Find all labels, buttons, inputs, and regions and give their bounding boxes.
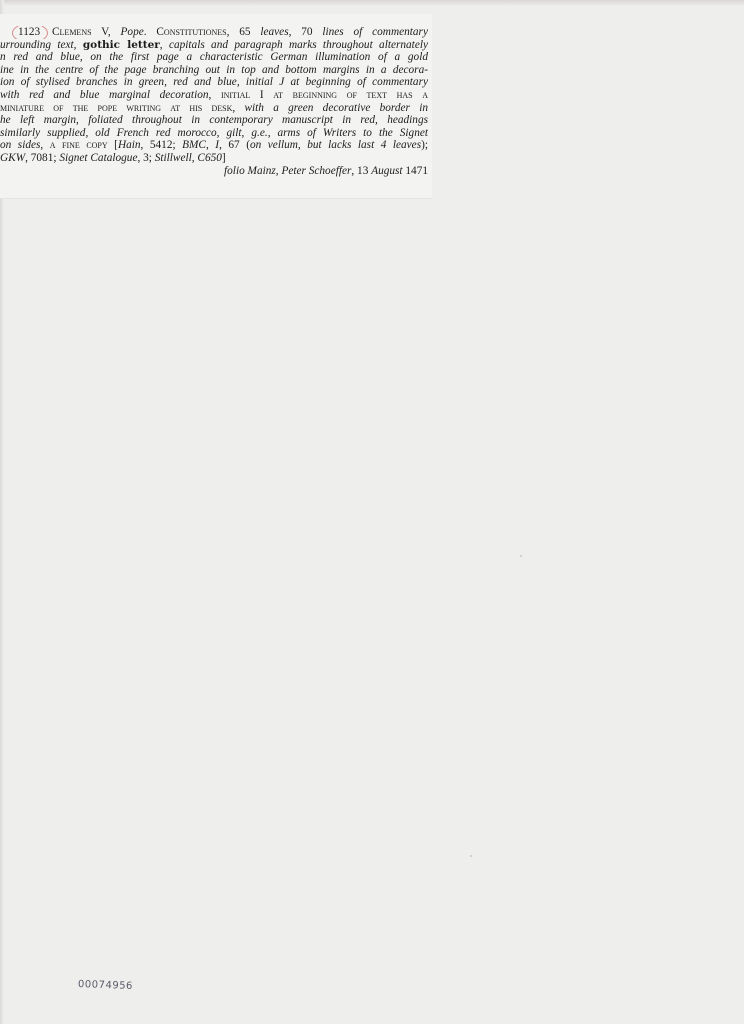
entry-text: ine in the centre of the page branching … bbox=[0, 64, 428, 76]
entry-text: leaves bbox=[260, 26, 288, 38]
entry-text: , 5412; bbox=[141, 139, 183, 151]
imprint-line: folio Mainz, Peter Schoeffer, 13 August … bbox=[0, 165, 428, 178]
entry-line: miniature of the pope writing at his des… bbox=[0, 102, 428, 115]
entry-text: gothic letter bbox=[83, 39, 160, 51]
entry-text: urrounding text, bbox=[0, 39, 83, 51]
entry-text: , bbox=[232, 102, 244, 114]
paper-speck bbox=[520, 555, 522, 557]
entry-text: . bbox=[144, 26, 157, 38]
entry-line: 1123 Clemens V, Pope. Constitutiones, 65… bbox=[0, 26, 428, 39]
entry-line: he left margin, foliated throughout in c… bbox=[0, 114, 428, 127]
lot-number: 1123 bbox=[16, 26, 42, 39]
entry-line: similarly supplied, old French red moroc… bbox=[0, 127, 428, 140]
entry-text: lines of commentary bbox=[322, 26, 428, 38]
catalogue-entry: 1123 Clemens V, Pope. Constitutiones, 65… bbox=[0, 26, 428, 177]
entry-text: miniature of the pope writing at his des… bbox=[0, 102, 232, 114]
entry-text: August bbox=[371, 165, 402, 177]
scan-top-edge bbox=[0, 0, 744, 6]
entry-text: he left margin, foliated throughout in c… bbox=[0, 114, 428, 126]
entry-line: ion of stylised branches in green, red a… bbox=[0, 76, 428, 89]
entry-text: Pope bbox=[121, 26, 144, 38]
entry-text: Stillwell, C650 bbox=[155, 152, 222, 164]
entry-line: ine in the centre of the page branching … bbox=[0, 64, 428, 77]
entry-text: on vellum, but lacks last 4 leaves bbox=[250, 139, 421, 151]
entry-text: , 70 bbox=[289, 26, 323, 38]
entry-line: GKW, 7081; Signet Catalogue, 3; Stillwel… bbox=[0, 152, 428, 165]
entry-text: initial I at beginning of text has a bbox=[221, 89, 428, 101]
entry-line: urrounding text, gothic letter, capitals… bbox=[0, 39, 428, 52]
entry-text: ] bbox=[222, 152, 226, 164]
paper-speck bbox=[470, 855, 472, 857]
entry-text: folio Mainz, Peter Schoeffer bbox=[224, 165, 351, 177]
inventory-number: 00074956 bbox=[78, 979, 133, 992]
entry-text: a fine copy bbox=[50, 139, 108, 151]
entry-text: , bbox=[209, 89, 221, 101]
entry-text: Signet Catalogue bbox=[59, 152, 137, 164]
entry-text: 1471 bbox=[403, 165, 428, 177]
entry-text: BMC, I bbox=[182, 139, 219, 151]
entry-text: , 67 ( bbox=[219, 139, 250, 151]
entry-text: Clemens V, bbox=[52, 26, 121, 38]
entry-text: , 3; bbox=[137, 152, 154, 164]
entry-line: with red and blue marginal decoration, i… bbox=[0, 89, 428, 102]
entry-line: n red and blue, on the first page a char… bbox=[0, 51, 428, 64]
entry-text: ); bbox=[421, 139, 428, 151]
entry-text: , 7081; bbox=[25, 152, 59, 164]
entry-text: ion of stylised branches in green, red a… bbox=[0, 76, 428, 88]
entry-line: on sides, a fine copy [Hain, 5412; BMC, … bbox=[0, 139, 428, 152]
entry-text: , 65 bbox=[227, 26, 261, 38]
entry-text: similarly supplied, old French red moroc… bbox=[0, 127, 428, 139]
entry-text: Constitutiones bbox=[156, 26, 226, 38]
entry-text: , 13 bbox=[351, 165, 371, 177]
entry-text: with red and blue marginal decoration bbox=[0, 89, 209, 101]
entry-text: with a green decorative border in bbox=[244, 102, 428, 114]
entry-text: Hain bbox=[118, 139, 141, 151]
entry-text: n red and blue, on the first page a char… bbox=[0, 51, 428, 63]
entry-text: on sides bbox=[0, 139, 40, 151]
entry-text: , bbox=[40, 139, 49, 151]
entry-text: , bbox=[160, 39, 169, 51]
entry-text: capitals and paragraph marks throughout … bbox=[169, 39, 428, 51]
entry-text: [ bbox=[108, 139, 118, 151]
entry-text: GKW bbox=[0, 152, 25, 164]
